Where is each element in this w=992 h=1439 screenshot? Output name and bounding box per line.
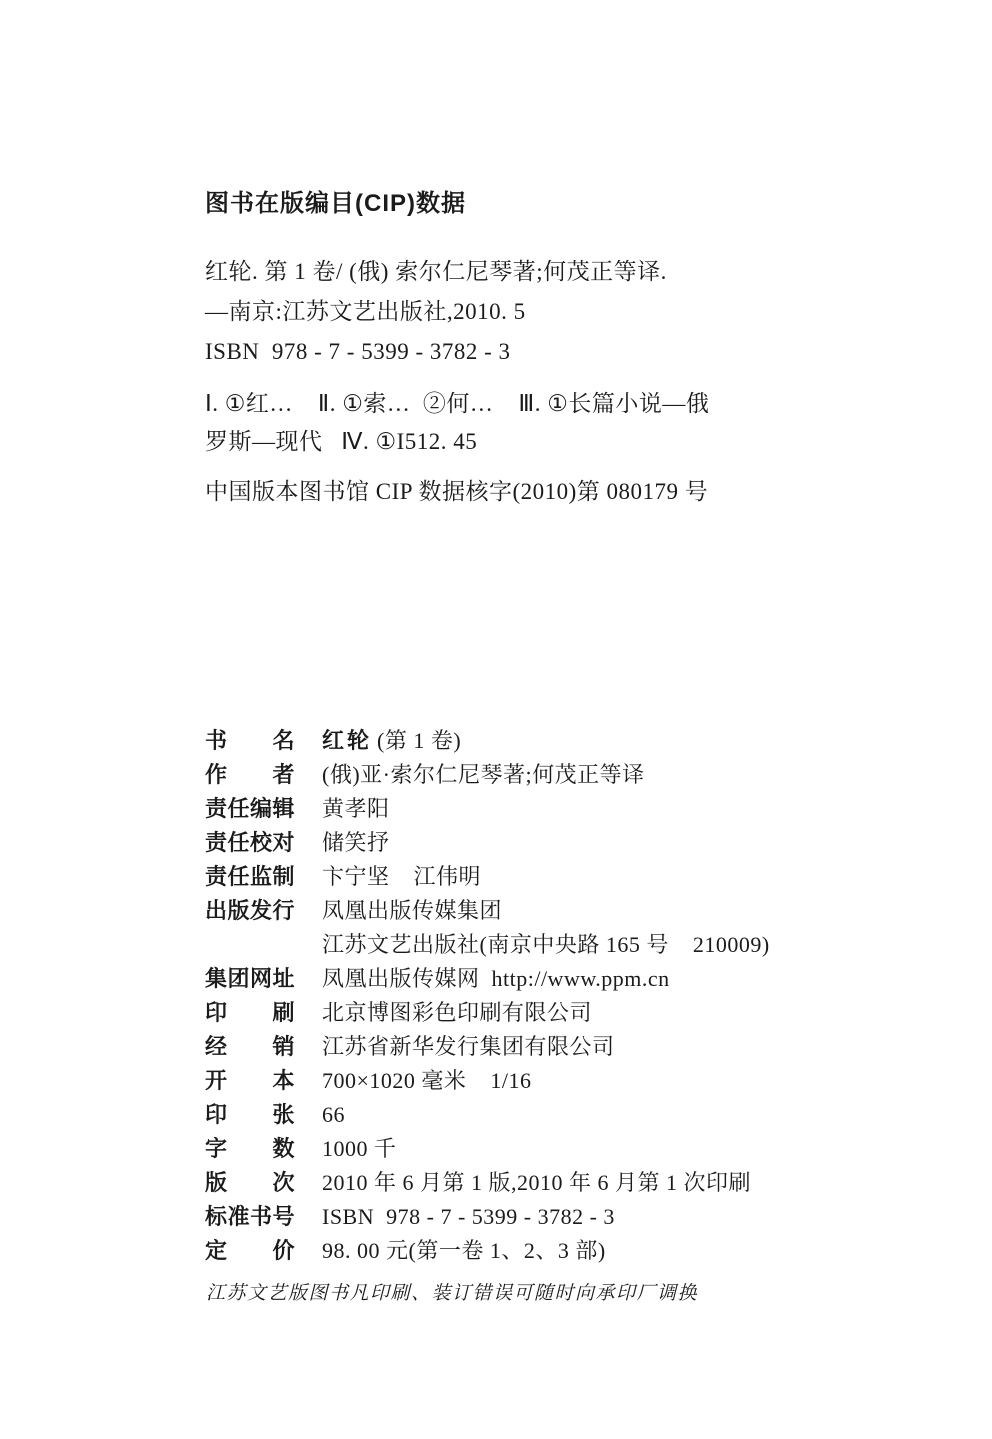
row-value: 黄孝阳 bbox=[322, 792, 390, 826]
row-word-count: 字数 1000 千 bbox=[205, 1132, 865, 1166]
row-author: 作者 (俄)亚·索尔仁尼琴著;何茂正等译 bbox=[205, 758, 865, 792]
row-standard-isbn: 标准书号 ISBN 978 - 7 - 5399 - 3782 - 3 bbox=[205, 1200, 865, 1234]
row-format: 开本 700×1020 毫米 1/16 bbox=[205, 1064, 865, 1098]
row-value: 储笑抒 bbox=[322, 826, 390, 860]
row-label: 版次 bbox=[205, 1166, 295, 1200]
row-value: 2010 年 6 月第 1 版,2010 年 6 月第 1 次印刷 bbox=[322, 1166, 751, 1200]
cip-heading: 图书在版编目(CIP)数据 bbox=[205, 190, 805, 218]
row-production-supervisor: 责任监制 卞宁坚 江伟明 bbox=[205, 860, 865, 894]
row-label: 书名 bbox=[205, 724, 295, 758]
row-label: 作者 bbox=[205, 758, 295, 792]
row-label: 定价 bbox=[205, 1234, 295, 1268]
row-value: 98. 00 元(第一卷 1、2、3 部) bbox=[322, 1234, 606, 1268]
row-label: 开本 bbox=[205, 1064, 295, 1098]
row-label: 出版发行 bbox=[205, 894, 295, 928]
cip-classification-line-1: Ⅰ. ①红… Ⅱ. ①索… ②何… Ⅲ. ①长篇小说—俄 bbox=[205, 385, 805, 423]
row-publisher-address: 江苏文艺出版社(南京中央路 165 号 210009) bbox=[205, 928, 865, 962]
row-value: 凤凰出版传媒集团 bbox=[322, 894, 502, 928]
row-publisher: 出版发行 凤凰出版传媒集团 bbox=[205, 894, 865, 928]
cip-record-number: 中国版本图书馆 CIP 数据核字(2010)第 080179 号 bbox=[205, 473, 805, 511]
row-proofreader: 责任校对 储笑抒 bbox=[205, 826, 865, 860]
misprint-exchange-note: 江苏文艺版图书凡印刷、装订错误可随时向承印厂调换 bbox=[206, 1278, 865, 1305]
row-label: 集团网址 bbox=[205, 962, 295, 996]
row-managing-editor: 责任编辑 黄孝阳 bbox=[205, 792, 865, 826]
row-printer: 印刷 北京博图彩色印刷有限公司 bbox=[205, 996, 865, 1030]
row-label: 经销 bbox=[205, 1030, 295, 1064]
book-copyright-page: 图书在版编目(CIP)数据 红轮. 第 1 卷/ (俄) 索尔仁尼琴著;何茂正等… bbox=[0, 0, 992, 1439]
row-value: 红轮(第 1 卷) bbox=[322, 724, 461, 758]
row-value: 66 bbox=[322, 1098, 345, 1132]
row-label: 责任监制 bbox=[205, 860, 295, 894]
row-label: 责任编辑 bbox=[205, 792, 295, 826]
row-value: (俄)亚·索尔仁尼琴著;何茂正等译 bbox=[322, 758, 645, 792]
row-label: 印张 bbox=[205, 1098, 295, 1132]
colophon-block: 书名 红轮(第 1 卷) 作者 (俄)亚·索尔仁尼琴著;何茂正等译 责任编辑 黄… bbox=[205, 724, 865, 1305]
row-value: 江苏省新华发行集团有限公司 bbox=[322, 1030, 615, 1064]
row-printed-sheets: 印张 66 bbox=[205, 1098, 865, 1132]
cip-title-line: 红轮. 第 1 卷/ (俄) 索尔仁尼琴著;何茂正等译. bbox=[205, 252, 805, 292]
cip-classification-group: Ⅰ. ①红… Ⅱ. ①索… ②何… Ⅲ. ①长篇小说—俄 罗斯—现代 Ⅳ. ①I… bbox=[205, 385, 805, 461]
row-value: 卞宁坚 江伟明 bbox=[322, 860, 481, 894]
row-distributor: 经销 江苏省新华发行集团有限公司 bbox=[205, 1030, 865, 1064]
cip-classification-line-2: 罗斯—现代 Ⅳ. ①I512. 45 bbox=[205, 423, 805, 461]
cip-publisher-line: —南京:江苏文艺出版社,2010. 5 bbox=[205, 292, 805, 332]
row-edition: 版次 2010 年 6 月第 1 版,2010 年 6 月第 1 次印刷 bbox=[205, 1166, 865, 1200]
row-label: 标准书号 bbox=[205, 1200, 295, 1234]
row-value: 1000 千 bbox=[322, 1132, 397, 1166]
row-label: 责任校对 bbox=[205, 826, 295, 860]
cip-data-block: 图书在版编目(CIP)数据 红轮. 第 1 卷/ (俄) 索尔仁尼琴著;何茂正等… bbox=[205, 190, 805, 511]
row-value: 凤凰出版传媒网 http://www.ppm.cn bbox=[322, 962, 670, 996]
row-value: 江苏文艺出版社(南京中央路 165 号 210009) bbox=[322, 928, 770, 962]
book-title-strong: 红轮 bbox=[322, 728, 372, 753]
row-value: 北京博图彩色印刷有限公司 bbox=[322, 996, 592, 1030]
book-title-volume: (第 1 卷) bbox=[377, 728, 461, 753]
row-value: 700×1020 毫米 1/16 bbox=[322, 1064, 532, 1098]
row-label: 字数 bbox=[205, 1132, 295, 1166]
row-book-title: 书名 红轮(第 1 卷) bbox=[205, 724, 865, 758]
row-label: 印刷 bbox=[205, 996, 295, 1030]
cip-isbn-line: ISBN 978 - 7 - 5399 - 3782 - 3 bbox=[205, 332, 805, 372]
row-group-website: 集团网址 凤凰出版传媒网 http://www.ppm.cn bbox=[205, 962, 865, 996]
row-value: ISBN 978 - 7 - 5399 - 3782 - 3 bbox=[322, 1200, 615, 1234]
row-price: 定价 98. 00 元(第一卷 1、2、3 部) bbox=[205, 1234, 865, 1268]
